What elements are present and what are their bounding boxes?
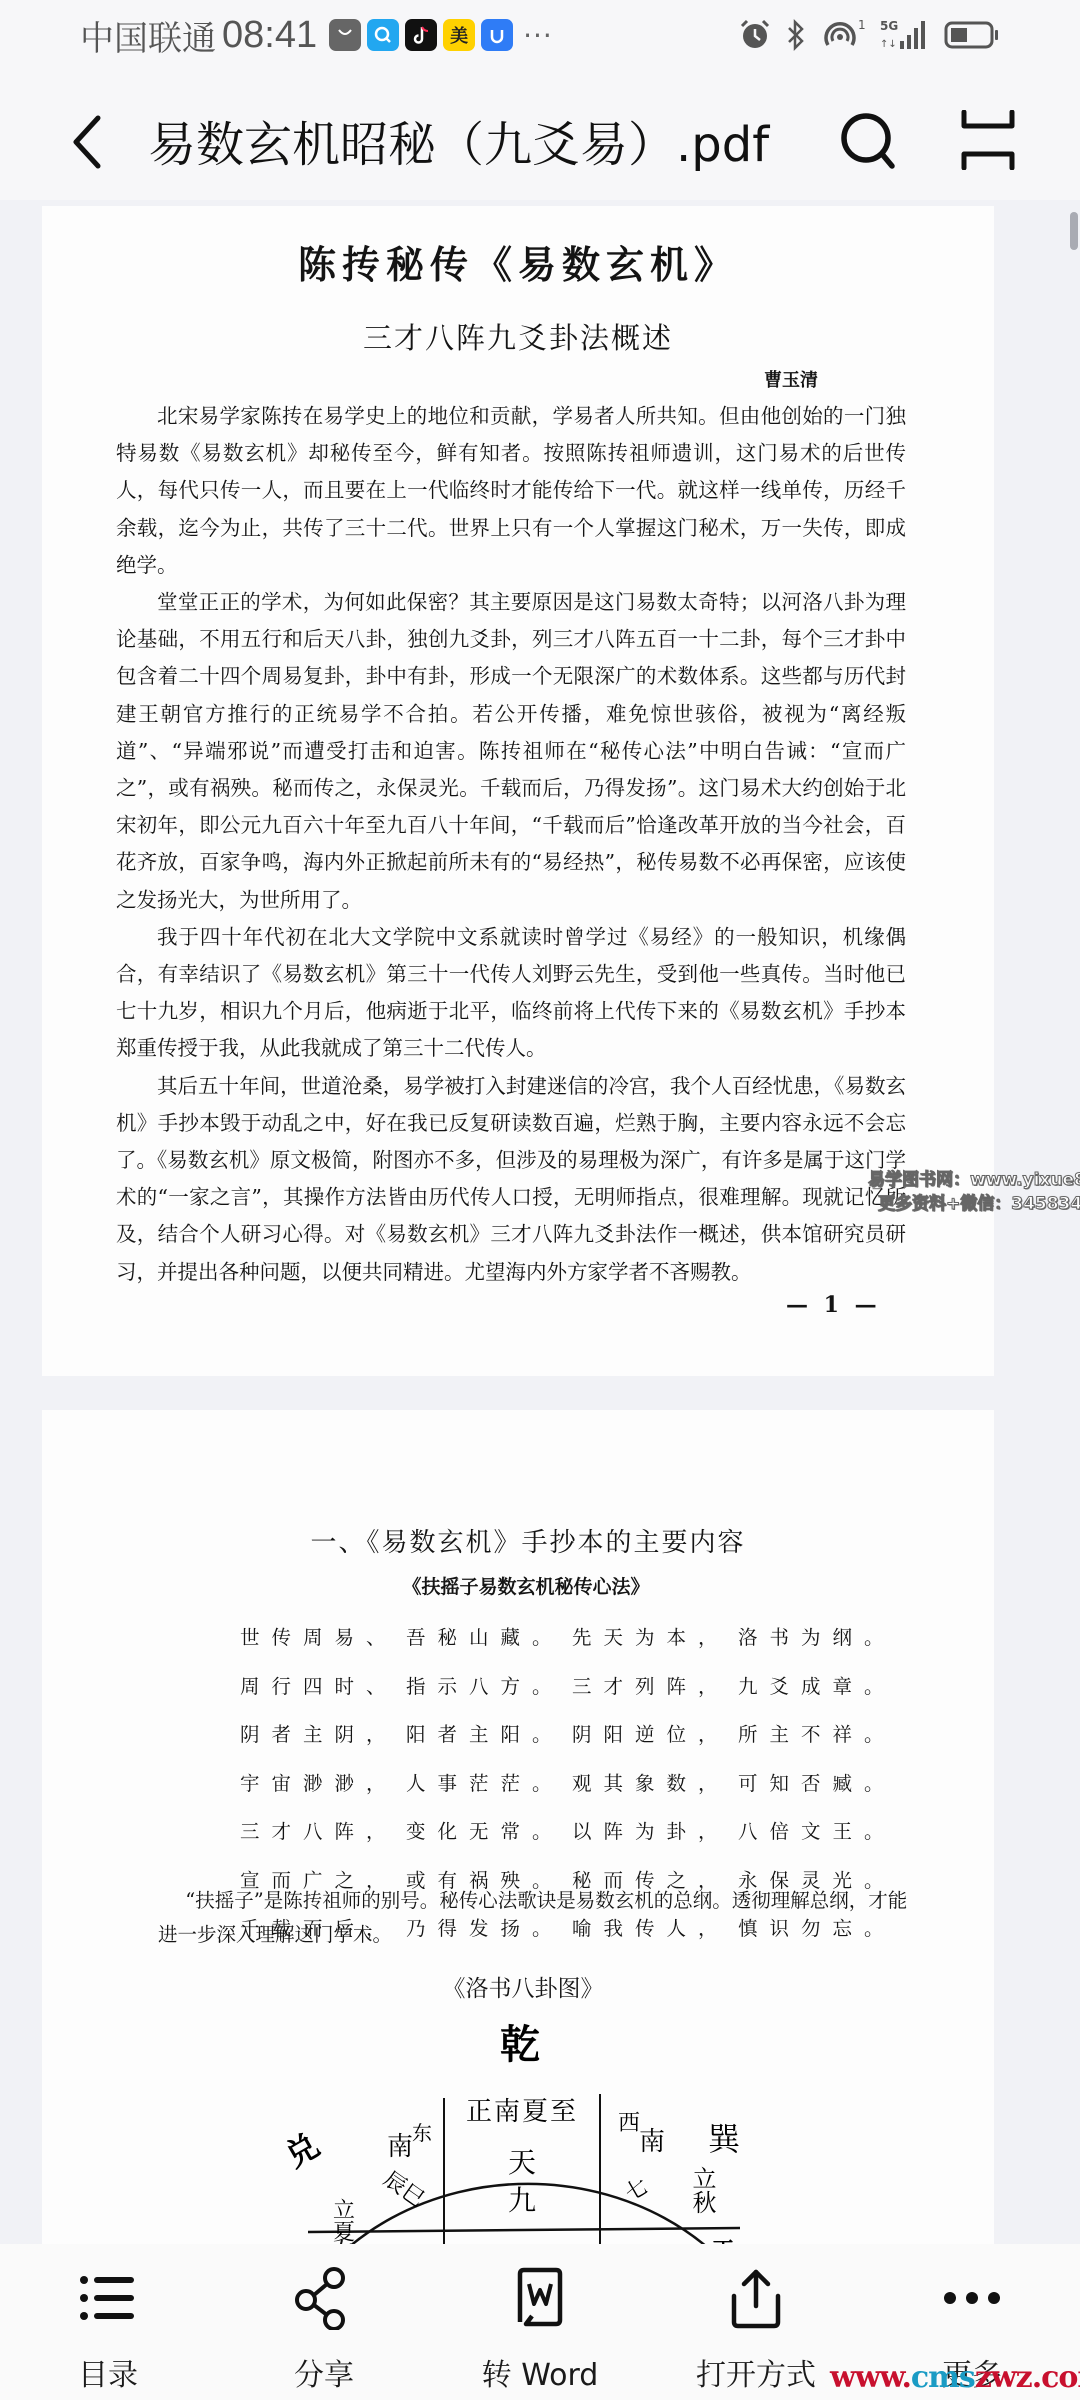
status-bar: 中国联通 08:41 美 ··· 1 5G [0,0,1080,70]
section-subheading: 《扶摇子易数玄机秘传心法》 [42,1572,994,1599]
alarm-icon [738,18,772,52]
verse-cell: 宇宙渺渺， [240,1768,406,1796]
verse-cell: 指示八方。 [406,1671,572,1699]
paragraph: 堂堂正正的学术，为何如此保密？其主要原因是这门易数太奇特；以河洛八卦为理论基础，… [116,584,906,919]
carrier-label: 中国联通 [80,11,216,60]
svg-text:天: 天 [508,2146,536,2179]
article-subtitle: 三才八阵九爻卦法概述 [42,316,994,357]
diagram-title: 《洛书八卦图》 [42,1970,994,2003]
site-mark-suffix: zwz.com [975,2360,1080,2395]
open-with-icon [724,2266,788,2330]
verse-row: 三才八阵， 变化无常。 以阵为卦， 八倍文王。 [240,1806,904,1855]
verse-cell: 九爻成章。 [738,1671,904,1699]
search-app-icon [367,19,399,51]
more-icon [940,2266,1004,2330]
watermark-line-2: 更多资料+微信：3458344044 [868,1192,1080,1216]
meituan-icon: 美 [443,19,475,51]
section-heading: 一、《易数玄机》手抄本的主要内容 [42,1522,994,1559]
verse-cell: 变化无常。 [406,1816,572,1844]
article-title: 陈抟秘传《易数玄机》 [42,234,994,289]
verse-cell: 洛书为纲。 [738,1622,904,1650]
svg-text:南: 南 [639,2127,665,2157]
svg-text:巽: 巽 [708,2120,741,2158]
hotspot-icon: 1 [820,17,868,53]
verse-cell: 周行四时、 [240,1671,406,1699]
scrollbar-thumb[interactable] [1070,212,1078,250]
view-mode-button[interactable] [958,110,1018,170]
more-notifications-icon: ··· [523,19,553,52]
pdf-page-1: 陈抟秘传《易数玄机》 三才八阵九爻卦法概述 曹玉清 北宋易学家陈抟在易学史上的地… [42,206,994,1376]
verse-cell: 所主不祥。 [738,1719,904,1747]
verse-row: 世传周易、 吾秘山藏。 先天为本， 洛书为纲。 [240,1612,904,1661]
watermark-line-1: 易学图书网：www.yixue88.cn [868,1168,1080,1192]
list-icon [76,2266,140,2330]
verse-cell: 阴者主阴， [240,1719,406,1747]
svg-text:西: 西 [618,2111,640,2136]
pdf-viewer[interactable]: 陈抟秘传《易数玄机》 三才八阵九爻卦法概述 曹玉清 北宋易学家陈抟在易学史上的地… [0,200,1080,2244]
verse-cell: 阳者主阳。 [406,1719,572,1747]
svg-text:5G: 5G [880,19,898,33]
search-button[interactable] [836,108,900,172]
convert-word-button[interactable]: 转 Word [432,2244,648,2400]
svg-text:九: 九 [508,2184,536,2217]
pdf-page-2: 一、《易数玄机》手抄本的主要内容 《扶摇子易数玄机秘传心法》 世传周易、 吾秘山… [42,1410,994,2244]
tiktok-icon [405,19,437,51]
svg-text:立夏: 立夏 [330,2198,355,2242]
share-label: 分享 [294,2350,354,2394]
svg-text:东: 东 [412,2121,432,2145]
status-time: 08:41 [222,14,317,57]
verse-cell: 先天为本， [572,1622,738,1650]
verse-cell: 人事茫茫。 [406,1768,572,1796]
svg-text:立秋: 立秋 [688,2166,716,2214]
svg-text:南: 南 [387,2132,413,2162]
verse-cell: 三才八阵， [240,1816,406,1844]
svg-text:正南夏至: 正南夏至 [466,2097,578,2127]
share-button[interactable]: 分享 [216,2244,432,2400]
verse-row: 阴者主阴， 阳者主阳。 阴阳逆位， 所主不祥。 [240,1709,904,1758]
blue-app-icon [481,19,513,51]
cellular-signal-icon: 5G ↑↓ [880,17,932,53]
verse-cell: 以阵为卦， [572,1816,738,1844]
title-bar: 易数玄机昭秘（九爻易）.pdf [0,70,1080,200]
paragraph: 其后五十年间，世道沧桑，易学被打入封建迷信的冷宫，我个人百经忧患，《易数玄机》手… [116,1068,906,1291]
svg-text:乾: 乾 [500,2021,540,2068]
paragraph: 北宋易学家陈抟在易学史上的地位和贡献，学易者人所共知。但由他创始的一门独特易数《… [116,398,906,584]
share-icon [292,2266,356,2330]
svg-text:↑↓: ↑↓ [880,39,897,50]
back-button[interactable] [64,112,114,172]
svg-text:1: 1 [858,18,866,32]
toc-button[interactable]: 目录 [0,2244,216,2400]
toc-label: 目录 [78,2350,138,2394]
verse-row: 宇宙渺渺， 人事茫茫。 观其象数， 可知否臧。 [240,1758,904,1807]
site-watermark: www.cmszwz.com [830,2360,1080,2395]
verse-cell: 世传周易、 [240,1622,406,1650]
site-mark-prefix: www. [830,2360,911,2395]
luoshu-bagua-diagram: 乾 兑 巽 正南夏至 天 九 东 南 立夏 辰巳 西 南 立秋 七 正 正 [272,2010,792,2244]
svg-text:辰巳: 辰巳 [379,2167,429,2213]
paragraph: 我于四十年代初在北大文学院中文系就读时曾学过《易经》的一般知识，机缘偶合，有幸结… [116,919,906,1068]
verse-cell: 可知否臧。 [738,1768,904,1796]
word-convert-icon [508,2266,572,2330]
article-author: 曹玉清 [764,366,818,392]
status-left: 中国联通 08:41 美 ··· [80,11,553,60]
document-title: 易数玄机昭秘（九爻易）.pdf [148,106,769,175]
svg-text:兑: 兑 [279,2126,326,2175]
site-mark-mid: cms [911,2360,975,2395]
watermark: 易学图书网：www.yixue88.cn 更多资料+微信：3458344044 [868,1168,1080,1216]
verse-cell: 三才列阵， [572,1671,738,1699]
huawei-appgallery-icon [329,19,361,51]
bluetooth-icon [784,18,808,52]
open-with-label: 打开方式 [696,2350,816,2394]
article-body: 北宋易学家陈抟在易学史上的地位和贡献，学易者人所共知。但由他创始的一门独特易数《… [116,398,906,1291]
verse-note: “扶摇子”是陈抟祖师的别号。秘传心法歌诀是易数玄机的总纲。透彻理解总纲，才能 进… [158,1884,992,1952]
verse-cell: 吾秘山藏。 [406,1622,572,1650]
verse-cell: 八倍文王。 [738,1816,904,1844]
convert-word-label: 转 Word [482,2350,599,2394]
note-line: 进一步深入理解这门学术。 [158,1923,392,1946]
status-right: 1 5G ↑↓ [738,17,1000,53]
page-number: — 1 — [786,1292,881,1318]
battery-icon [944,17,1000,53]
verse-cell: 阴阳逆位， [572,1719,738,1747]
verse-cell: 观其象数， [572,1768,738,1796]
verse-row: 周行四时、 指示八方。 三才列阵， 九爻成章。 [240,1661,904,1710]
note-line: “扶摇子”是陈抟祖师的别号。秘传心法歌诀是易数玄机的总纲。透彻理解总纲，才能 [158,1884,992,1918]
